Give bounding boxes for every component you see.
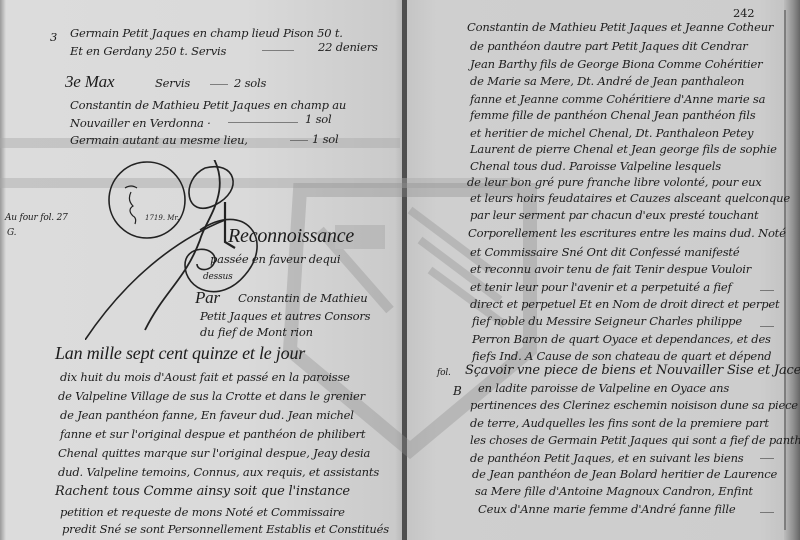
margin-note-line2: G. — [7, 228, 16, 238]
left-entry-2-value: 2 sols — [234, 76, 266, 90]
left-page-edge — [0, 0, 6, 540]
body-line-4: fanne et sur l'original despue et panthé… — [60, 427, 365, 441]
document-subtitle-line1: passée en faveur dequi — [210, 252, 340, 266]
left-entry-3-value: 1 sol — [305, 112, 331, 126]
right-line-19: Perron Baron de quart Oyace et dependanc… — [472, 332, 771, 346]
line-end-dash — [760, 512, 774, 513]
right-line-9: Chenal tous dud. Paroisse Valpeline lesq… — [470, 159, 721, 173]
line-end-dash — [760, 326, 774, 327]
right-line-13: Corporellement les escritures entre les … — [468, 226, 786, 240]
right-line-26: de panthéon Petit Jaques, et en suivant … — [470, 451, 744, 465]
left-entry-4-line1: Germain autant au mesme lieu, — [70, 133, 248, 147]
right-line-29: Ceux d'Anne marie femme d'André fanne fi… — [478, 502, 735, 516]
by-line-2: Petit Jaques et autres Consors — [200, 309, 370, 323]
right-line-10: de leur bon gré pure franche libre volon… — [467, 175, 762, 189]
right-line-8: Laurent de pierre Chenal et Jean george … — [470, 142, 777, 156]
right-line-16: et tenir leur pour l'avenir et a perpetu… — [470, 280, 732, 294]
right-line-4: de Marie sa Mere, Dt. André de Jean pant… — [470, 74, 744, 88]
left-entry-1-line1: Germain Petit Jaques en champ lieud Piso… — [70, 26, 343, 40]
dash-rule — [262, 50, 294, 51]
right-line-25: les choses de Germain Petit Jaques qui s… — [470, 433, 800, 447]
right-line-28: sa Mere fille d'Antoine Magnoux Candron,… — [475, 484, 753, 498]
body-line-1: dix huit du mois d'Aoust fait et passé e… — [60, 370, 350, 384]
right-line-1: Constantin de Mathieu Petit Jaques et Je… — [467, 20, 773, 34]
body-line-7: Rachent tous Comme ainsy soit que l'inst… — [55, 484, 350, 499]
document-subtitle-line2: dessus — [203, 272, 233, 282]
right-line-7: et heritier de michel Chenal, Dt. Pantha… — [470, 126, 753, 140]
right-line-5: fanne et Jeanne comme Cohéritiere d'Anne… — [470, 92, 765, 106]
by-line-1: Constantin de Mathieu — [238, 291, 367, 305]
right-line-18: fief noble du Messire Seigneur Charles p… — [472, 314, 742, 328]
right-line-17: direct et perpetuel Et en Nom de droit d… — [470, 297, 779, 311]
right-line-20: fiefs Ind. A Cause de son chateau de qua… — [472, 349, 771, 363]
body-line-3: de Jean panthéon fanne, En faveur dud. J… — [60, 408, 354, 422]
right-line-11: et leurs hoirs feudataires et Cauzes als… — [470, 191, 790, 205]
left-entry-2-service: Servis — [155, 76, 190, 90]
body-line-9: predit Sné se sont Personnellement Estab… — [62, 522, 389, 536]
line-end-dash — [760, 290, 774, 291]
dash-rule — [228, 122, 298, 123]
margin-note-line1: Au four fol. 27 — [5, 213, 68, 223]
left-entry-1-value: 22 deniers — [318, 40, 378, 54]
left-entry-1-line2: Et en Gerdany 250 t. Servis — [70, 44, 226, 58]
left-entry-1-marker: 3 — [50, 30, 57, 44]
document-title: Reconnoissance — [228, 225, 354, 248]
left-entry-3-line2: Nouvailler en Verdonna · — [70, 116, 211, 130]
right-page-edge-line — [784, 10, 786, 530]
line-end-dash — [760, 458, 774, 459]
page-number: 242 — [733, 6, 754, 20]
by-line-3: du fief de Mont rion — [200, 325, 313, 339]
right-line-14: et Commissaire Sné Ont dit Confessé mani… — [470, 245, 739, 259]
right-line-21: Sçavoir vne piece de biens et Nouvailler… — [465, 363, 800, 378]
right-line-24: de terre, Audquelles les fins sont de la… — [470, 416, 769, 430]
dash-rule — [290, 140, 308, 141]
body-line-5: Chenal quittes marque sur l'original des… — [58, 446, 370, 460]
left-entry-4-value: 1 sol — [312, 132, 338, 146]
right-line-6: femme fille de panthéon Chenal Jean pant… — [470, 108, 755, 122]
body-line-8: petition et requeste de mons Noté et Com… — [60, 505, 345, 519]
right-line-2: de panthéon dautre part Petit Jaques dit… — [470, 39, 748, 53]
dash-rule — [210, 84, 228, 85]
manuscript-spread: 3 Germain Petit Jaques en champ lieud Pi… — [0, 0, 800, 540]
by-label: Par — [195, 288, 220, 308]
ornament-inscription: 1719. Mr. — [145, 214, 179, 222]
right-line-22: en ladite paroisse de Valpeline en Oyace… — [478, 381, 729, 395]
right-line-12: par leur serment par chacun d'eux presté… — [470, 208, 758, 222]
right-line-27: de Jean panthéon de Jean Bolard heritier… — [472, 467, 777, 481]
right-line-23: pertinences des Clerinez eschemin noisis… — [470, 398, 798, 412]
body-opening-line: Lan mille sept cent quinze et le jour — [55, 343, 305, 364]
left-entry-3-line1: Constantin de Mathieu Petit Jaques en ch… — [70, 98, 346, 112]
right-line-3: Jean Barthy fils de George Biona Comme C… — [470, 57, 762, 71]
body-line-2: de Valpeline Village de sus la Crotte et… — [58, 389, 365, 403]
right-margin-note-b: B — [453, 384, 462, 398]
body-line-6: dud. Valpeline temoins, Connus, aux requ… — [58, 465, 379, 479]
right-line-15: et reconnu avoir tenu de fait Tenir desp… — [470, 262, 751, 276]
left-entry-2-heading: 3e Max — [65, 72, 114, 92]
right-margin-note-fol: fol. — [437, 368, 451, 378]
right-page-edge — [784, 0, 800, 540]
